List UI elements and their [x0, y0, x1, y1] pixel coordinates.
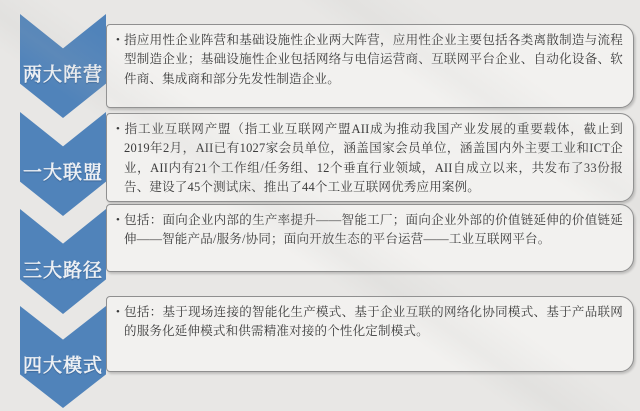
text-box-2-paragraph: •指工业互联网产盟（指工业互联网产盟AII成为推动我国产业发展的重要载体，截止到… [116, 120, 623, 198]
text-box-4: •包括：基于现场连接的智能化生产模式、基于企业互联的网络化协同模式、基于产品联网… [106, 296, 634, 372]
arrow-label-1: 两大阵营 [20, 60, 106, 87]
text-box-2: •指工业互联网产盟（指工业互联网产盟AII成为推动我国产业发展的重要载体，截止到… [106, 113, 634, 202]
text-box-3-paragraph: •包括：面向企业内部的生产率提升——智能工厂；面向企业外部的价值链延伸的价值链延… [116, 211, 623, 250]
text-box-3-text: 包括：面向企业内部的生产率提升——智能工厂；面向企业外部的价值链延伸的价值链延伸… [124, 213, 623, 246]
bullet-icon: • [116, 120, 124, 139]
arrow-label-2: 一大联盟 [20, 158, 106, 185]
bullet-icon: • [116, 211, 124, 230]
diagram-canvas: 两大阵营 •指应用性企业阵营和基础设施性企业两大阵营，应用性企业主要包括各类离散… [0, 0, 640, 411]
chevron-arrow-2: 一大联盟 [20, 112, 106, 216]
arrow-label-3: 三大路径 [20, 255, 106, 282]
text-box-4-text: 包括：基于现场连接的智能化生产模式、基于企业互联的网络化协同模式、基于产品联网的… [124, 305, 623, 338]
arrow-label-4: 四大模式 [20, 351, 106, 378]
chevron-arrow-3: 三大路径 [20, 209, 106, 314]
text-box-4-paragraph: •包括：基于现场连接的智能化生产模式、基于企业互联的网络化协同模式、基于产品联网… [116, 303, 623, 342]
chevron-arrow-4: 四大模式 [20, 306, 106, 408]
text-box-1-paragraph: •指应用性企业阵营和基础设施性企业两大阵营，应用性企业主要包括各类离散制造与流程… [116, 31, 623, 89]
chevron-arrow-1: 两大阵营 [20, 14, 106, 118]
text-box-2-text: 指工业互联网产盟（指工业互联网产盟AII成为推动我国产业发展的重要载体，截止到2… [124, 122, 623, 194]
text-box-1-text: 指应用性企业阵营和基础设施性企业两大阵营，应用性企业主要包括各类离散制造与流程型… [124, 33, 623, 86]
bullet-icon: • [116, 31, 124, 50]
text-box-3: •包括：面向企业内部的生产率提升——智能工厂；面向企业外部的价值链延伸的价值链延… [106, 204, 634, 272]
text-box-1: •指应用性企业阵营和基础设施性企业两大阵营，应用性企业主要包括各类离散制造与流程… [106, 24, 634, 108]
bullet-icon: • [116, 303, 124, 322]
